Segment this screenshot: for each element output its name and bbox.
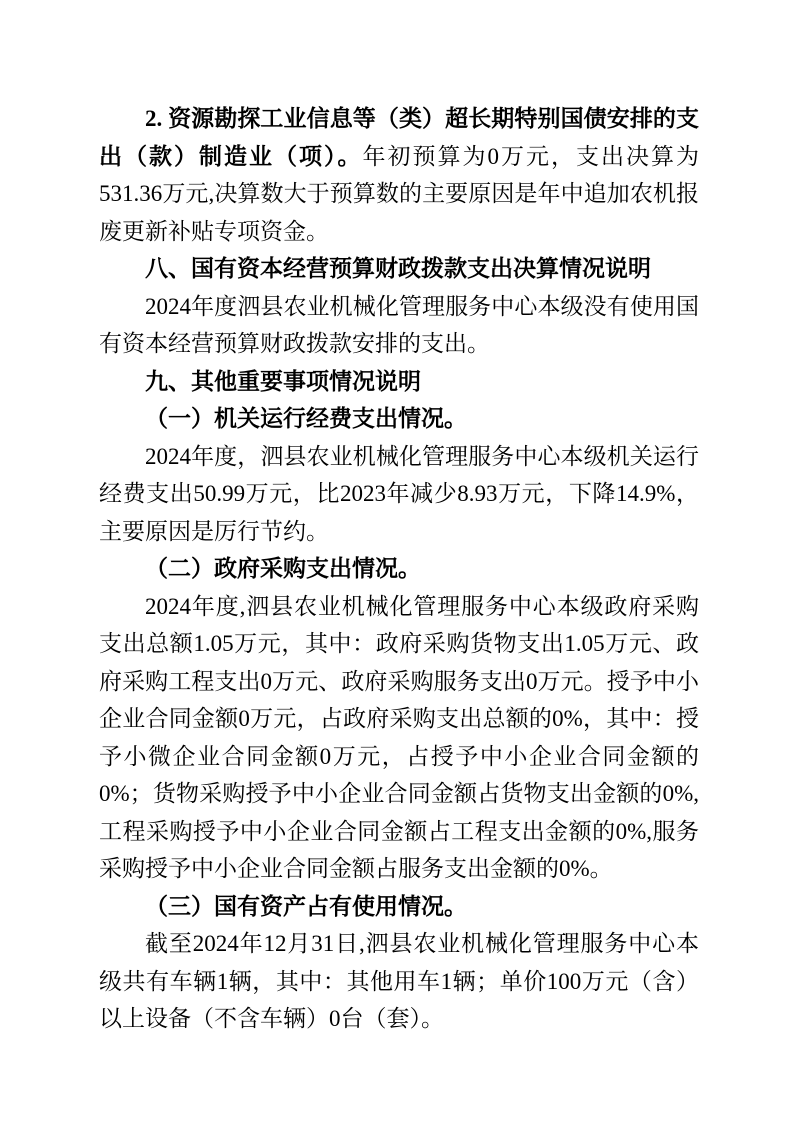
subsection-heading-one: （一）机关运行经费支出情况。 — [99, 400, 699, 438]
section-heading-nine: 九、其他重要事项情况说明 — [99, 363, 699, 401]
subsection-heading-two: （二）政府采购支出情况。 — [99, 550, 699, 588]
paragraph-special-bond-expenditure: 2. 资源勘探工业信息等（类）超长期特别国债安排的支出（款）制造业（项）。年初预… — [99, 100, 699, 250]
paragraph-state-assets: 截至2024年12月31日,泗县农业机械化管理服务中心本级共有车辆1辆，其中：其… — [99, 925, 699, 1038]
paragraph-state-capital-budget: 2024年度泗县农业机械化管理服务中心本级没有使用国有资本经营预算财政拨款安排的… — [99, 288, 699, 363]
paragraph-government-procurement: 2024年度,泗县农业机械化管理服务中心本级政府采购支出总额1.05万元，其中：… — [99, 588, 699, 888]
paragraph-agency-operating-expense: 2024年度，泗县农业机械化管理服务中心本级机关运行经费支出50.99万元，比2… — [99, 438, 699, 551]
section-heading-eight: 八、国有资本经营预算财政拨款支出决算情况说明 — [99, 250, 699, 288]
subsection-heading-three: （三）国有资产占有使用情况。 — [99, 888, 699, 926]
document-page: 2. 资源勘探工业信息等（类）超长期特别国债安排的支出（款）制造业（项）。年初预… — [0, 0, 794, 1122]
